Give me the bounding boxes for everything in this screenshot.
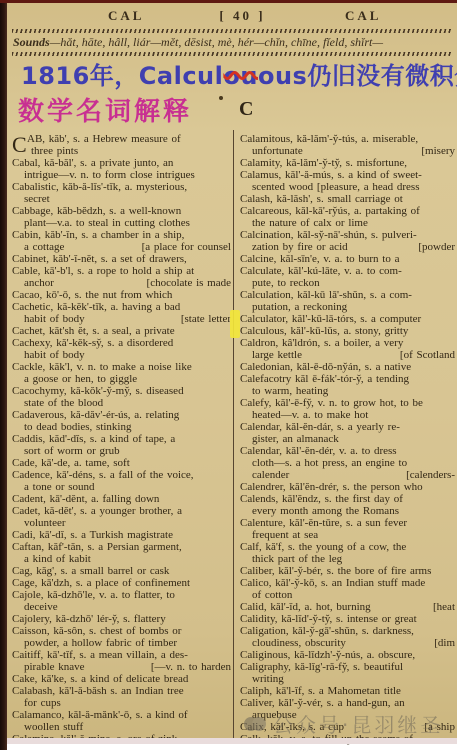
dictionary-entry: Caldron, kâ'ldrón, s. a boiler, a veryla…	[240, 337, 455, 361]
entry-line: Calamitous, kă-lăm'-y̆-tús, a. miserable…	[240, 133, 455, 145]
entry-line: volunteer	[12, 517, 231, 529]
dictionary-entry: Calefy, kăl'-ē-fy̆, v. n. to grow hot, t…	[240, 397, 455, 421]
entry-line: to dead bodies, stinking	[12, 421, 231, 433]
dictionary-entry: Calash, kă-lăsh', s. small carriage ot	[240, 193, 455, 205]
entry-line: Calamus, kăl'-ă-mús, s. a kind of sweet-	[240, 169, 455, 181]
entry-line: Cadi, kā'-dĭ, s. a Turkish magistrate	[12, 529, 231, 541]
catchword: [dim	[434, 637, 455, 649]
entry-line: Calcareous, kăl-kā'-ry̆ús, a. partaking …	[240, 205, 455, 217]
entry-line: powder, a hollow fabric of timber	[12, 637, 231, 649]
watermark-circles-icon	[244, 716, 268, 732]
dictionary-entry: Cachet, kăt'sh ĕt, s. a seal, a private	[12, 325, 231, 337]
dictionary-entry: Calid, kăl'-ĭd, a. hot, burning[heat	[240, 601, 455, 613]
dictionary-entry: Cacochymy, kă-kŏk'-y̆-my̆, s. diseasedst…	[12, 385, 231, 409]
photo-top-edge	[0, 0, 457, 3]
entry-line: a cottage[a place for counsel	[12, 241, 231, 253]
catchword: [a place for counsel	[142, 241, 231, 253]
entry-line: Caliph, kā'l-ĭf, s. a Mahometan title	[240, 685, 455, 697]
dictionary-entry: Cadence, kā'-déns, s. a fall of the voic…	[12, 469, 231, 493]
catchword: [chocolate is made	[147, 277, 231, 289]
entry-line: of cotton	[240, 589, 455, 601]
entry-line: state of the blood	[12, 397, 231, 409]
dictionary-entry: Calculate, kăl'-kú-lāte, v. a. to com-pu…	[240, 265, 455, 289]
dictionary-entry: Caddis, kăd'-dĭs, s. a kind of tape, aso…	[12, 433, 231, 457]
entry-line: AB, kăb', s. a Hebrew measure of	[12, 133, 231, 145]
entry-line: Cake, kā'ke, s. a kind of delicate bread	[12, 673, 231, 685]
entry-line: Cacao, kō'-ō, s. the nut from which	[12, 289, 231, 301]
dictionary-entry: Cachetic, kă-kĕk'-tĭk, a. having a badha…	[12, 301, 231, 325]
dictionary-entry: Calabash, kă'l-ă-băsh s. an Indian treef…	[12, 685, 231, 709]
entry-line: Calculator, kăl'-kū-lā-tórs, s. a comput…	[240, 313, 455, 325]
annotation-suffix: ous仍旧没有微积分	[258, 62, 457, 90]
catchword: [misery	[421, 145, 455, 157]
entry-line: Cackle, kăk'l, v. n. to make a noise lik…	[12, 361, 231, 373]
entry-line: Caliber, kăl'-y̆-bér, s. the bore of fir…	[240, 565, 455, 577]
entry-line: Caliver, kăl'-y̆-vér, s. a hand-gun, an	[240, 697, 455, 709]
entry-line: Cadent, kā'-dĕnt, a. falling down	[12, 493, 231, 505]
dictionary-entry: Caligraphy, kă-lĭg'-ră-fy̆, s. beautiful…	[240, 661, 455, 685]
entry-line: frequent at sea	[240, 529, 455, 541]
dictionary-entry: Caliph, kā'l-ĭf, s. a Mahometan title	[240, 685, 455, 697]
entry-line: Calabash, kă'l-ă-băsh s. an Indian tree	[12, 685, 231, 697]
dictionary-entry: Cadent, kā'-dĕnt, a. falling down	[12, 493, 231, 505]
entry-line: Calculate, kăl'-kú-lāte, v. a. to com-	[240, 265, 455, 277]
dictionary-entry: Calidity, kă-lĭd'-y̆-ty̆, s. intense or …	[240, 613, 455, 625]
entry-line: Cachexy, kă'-kĕk-sy̆, s. a disordered	[12, 337, 231, 349]
dictionary-entry: Calculous, kăl'-kū-lŭs, a. stony, gritty	[240, 325, 455, 337]
entry-line: unfortunate[misery	[240, 145, 455, 157]
entry-line: calender[calenders-	[240, 469, 455, 481]
dictionary-entry: Calendrer, kăl'ĕn-drér, s. the person wh…	[240, 481, 455, 493]
entry-line: a kind of kabit	[12, 553, 231, 565]
watermark: 公众号·昆羽继圣	[244, 709, 443, 738]
entry-line: secret	[12, 193, 231, 205]
entry-line: for cups	[12, 697, 231, 709]
entry-line: plant—v.a. to steal in cutting clothes	[12, 217, 231, 229]
dictionary-entry: Cag, kăg', s. a small barrel or cask	[12, 565, 231, 577]
entry-line: Caftan, kăf'-tăn, s. a Persian garment,	[12, 541, 231, 553]
entry-line: Calendar, kăl-ĕn-dár, s. a yearly re-	[240, 421, 455, 433]
entry-line: Calenture, kăl'-ĕn-tūre, s. a sun fever	[240, 517, 455, 529]
entry-line: to warm, heating	[240, 385, 455, 397]
column-divider	[233, 130, 234, 744]
entry-line: pirable knave[—v. n. to harden	[12, 661, 231, 673]
annotation-blue-text: 1816年，Calculouous仍旧没有微积分	[21, 56, 457, 91]
entry-line: Cabbage, kăb-bĕdzh, s. a well-known	[12, 205, 231, 217]
entry-line: Caligraphy, kă-lĭg'-ră-fy̆, s. beautiful	[240, 661, 455, 673]
dictionary-entry: Calcination, kăl-sy̆-nā'-shún, s. pulver…	[240, 229, 455, 253]
dictionary-entry: Calico, kăl'-y̆-kō, s. an Indian stuff m…	[240, 577, 455, 601]
entry-line: anchor[chocolate is made	[12, 277, 231, 289]
entry-line: heated—v. a. to make hot	[240, 409, 455, 421]
dictionary-entry: Cadi, kā'-dĭ, s. a Turkish magistrate	[12, 529, 231, 541]
entry-line: thick part of the leg	[240, 553, 455, 565]
dictionary-entry: Calenture, kăl'-ĕn-tūre, s. a sun feverf…	[240, 517, 455, 541]
entry-line: Calico, kăl'-y̆-kō, s. an Indian stuff m…	[240, 577, 455, 589]
entry-line: every month among the Romans	[240, 505, 455, 517]
entry-line: woollen stuff	[12, 721, 231, 733]
dictionary-entry: Cacao, kō'-ō, s. the nut from which	[12, 289, 231, 301]
entry-line: Cadence, kā'-déns, s. a fall of the voic…	[12, 469, 231, 481]
entry-line: Calefacotry kăl ē-fák'-tór-y̆, a tending	[240, 373, 455, 385]
dictionary-entry: Calamitous, kă-lăm'-y̆-tús, a. miserable…	[240, 133, 455, 157]
dictionary-entry: Cabin, kăb'-ĭn, s. a chamber in a ship,a…	[12, 229, 231, 253]
catchword: [powder	[418, 241, 455, 253]
entry-line: intrigue—v. n. to form close intrigues	[12, 169, 231, 181]
dictionary-entry: Cadaverous, kă-dăv'-ér-ús, a. relatingto…	[12, 409, 231, 433]
entry-line: Caisson, kă-sôn, s. chest of bombs or	[12, 625, 231, 637]
entry-line: putation, a reckoning	[240, 301, 455, 313]
dictionary-entry: Cajolery, kă-dzhō' lér-y̆, s. flattery	[12, 613, 231, 625]
dictionary-entry: Calefacotry kăl ē-fák'-tór-y̆, a tending…	[240, 373, 455, 397]
entry-line: Cadaverous, kă-dăv'-ér-ús, a. relating	[12, 409, 231, 421]
entry-line: zation by fire or acid[powder	[240, 241, 455, 253]
dictionary-entry: Calculation, kăl-kū lā'-shŭn, s. a com-p…	[240, 289, 455, 313]
entry-line: pute, to reckon	[240, 277, 455, 289]
dictionary-entry: Calculator, kăl'-kū-lā-tórs, s. a comput…	[240, 313, 455, 325]
dictionary-entry: Caligation, kăl-y̆-gā'-shŭn, s. darkness…	[240, 625, 455, 649]
entry-line: Calamity, kă-lăm'-y̆-ty̆, s. misfortune,	[240, 157, 455, 169]
entry-line: Cage, kā'dzh, s. a place of confinement	[12, 577, 231, 589]
drop-cap: C	[12, 133, 27, 156]
column-right: Calamitous, kă-lăm'-y̆-tús, a. miserable…	[240, 133, 455, 745]
dictionary-entry: Calendar, kăl'-ĕn-dér, v. a. to dressclo…	[240, 445, 455, 481]
entry-line: Cabin, kăb'-ĭn, s. a chamber in a ship,	[12, 229, 231, 241]
entry-line: a goose or hen, to giggle	[12, 373, 231, 385]
catchword: [of Scotland	[400, 349, 455, 361]
dictionary-entry: Cajole, kă-dzhō'le, v. a. to flatter, to…	[12, 589, 231, 613]
dictionary-entry: Cabalistic, kăb-ă-lĭs'-tĭk, a. mysteriou…	[12, 181, 231, 205]
section-letter-heading: C	[239, 98, 253, 121]
entry-line: Caliginous, kă-lĭdzh'-y̆-nús, a. obscure…	[240, 649, 455, 661]
entry-line: Cajolery, kă-dzhō' lér-y̆, s. flattery	[12, 613, 231, 625]
dictionary-entry: Calendar, kăl-ĕn-dár, s. a yearly re-gis…	[240, 421, 455, 445]
entry-line: three pints	[12, 145, 231, 157]
dictionary-entry: Caliber, kăl'-y̆-bér, s. the bore of fir…	[240, 565, 455, 577]
photo-bottom-strip	[0, 738, 457, 744]
entry-line: deceive	[12, 601, 231, 613]
entry-line: Calid, kăl'-ĭd, a. hot, burning[heat	[240, 601, 455, 613]
entry-line: Caitiff, kā'-tĭf, s. a mean villain, a d…	[12, 649, 231, 661]
entry-line: Calendrer, kăl'ĕn-drér, s. the person wh…	[240, 481, 455, 493]
dictionary-entry: Cable, kā'-b'l, s. a rope to hold a ship…	[12, 265, 231, 289]
entry-line: writing	[240, 673, 455, 685]
running-head-right: CAL	[345, 8, 381, 24]
entry-line: a tone or sound	[12, 481, 231, 493]
dictionary-entry: Calamanco, kăl-ă-mănk'-ō, s. a kind ofwo…	[12, 709, 231, 733]
catchword: [—v. n. to harden	[151, 661, 231, 673]
entry-line: Caldron, kâ'ldrón, s. a boiler, a very	[240, 337, 455, 349]
watermark-text: 公众号·昆羽继圣	[273, 709, 443, 738]
entry-line: Calendar, kăl'-ĕn-dér, v. a. to dress	[240, 445, 455, 457]
entry-line: Calamanco, kăl-ă-mănk'-ō, s. a kind of	[12, 709, 231, 721]
entry-line: Cachet, kăt'sh ĕt, s. a seal, a private	[12, 325, 231, 337]
entry-line: sort of worm or grub	[12, 445, 231, 457]
entry-line: Calculation, kăl-kū lā'-shŭn, s. a com-	[240, 289, 455, 301]
page-number: [ 40 ]	[14, 8, 457, 24]
entry-line: gister, an almanack	[240, 433, 455, 445]
entry-line: Calf, kă'f, s. the young of a cow, the	[240, 541, 455, 553]
dictionary-page-scan: CAL [ 40 ] CAL Sounds—hăt, hāte, hâll, l…	[0, 0, 457, 744]
dictionary-entry: Calamus, kăl'-ă-mús, s. a kind of sweet-…	[240, 169, 455, 193]
dictionary-entry: Cabbage, kăb-bĕdzh, s. a well-knownplant…	[12, 205, 231, 229]
entry-line: Cacochymy, kă-kŏk'-y̆-my̆, s. diseased	[12, 385, 231, 397]
entry-line: cloth—s. a hot press, an engine to	[240, 457, 455, 469]
sounds-key: —hăt, hāte, hâll, liár—mĕt, dēsist, mè, …	[50, 35, 383, 49]
dictionary-entry: Calends, kăl'ĕndz, s. the first day ofev…	[240, 493, 455, 517]
column-left: CAB, kăb', s. a Hebrew measure ofthree p…	[12, 133, 231, 745]
red-scribble-mark: ou	[223, 62, 258, 90]
entry-line: Calefy, kăl'-ē-fy̆, v. n. to grow hot, t…	[240, 397, 455, 409]
dictionary-entry: Cackle, kăk'l, v. n. to make a noise lik…	[12, 361, 231, 385]
entry-line: Caddis, kăd'-dĭs, s. a kind of tape, a	[12, 433, 231, 445]
catchword: [heat	[433, 601, 455, 613]
entry-line: habit of body[state letter	[12, 313, 231, 325]
dictionary-entry: Caledonian, kăl-ē-dō-ny̆án, s. a native	[240, 361, 455, 373]
dictionary-entry: Caitiff, kā'-tĭf, s. a mean villain, a d…	[12, 649, 231, 673]
entry-line: Calidity, kă-lĭd'-y̆-ty̆, s. intense or …	[240, 613, 455, 625]
entry-line: Cade, kā'-de, a. tame, soft	[12, 457, 231, 469]
entry-line: Calculous, kăl'-kū-lŭs, a. stony, gritty	[240, 325, 455, 337]
entry-line: scented wood [pleasure, a head dress	[240, 181, 455, 193]
entry-line: the nature of calx or lime	[240, 217, 455, 229]
dictionary-entry: Cachexy, kă'-kĕk-sy̆, s. a disorderedhab…	[12, 337, 231, 361]
dictionary-entry: Cabinet, kăb'-ĭ-nĕt, s. a set of drawers…	[12, 253, 231, 265]
dictionary-entry: Cadet, kă-dĕt', s. a younger brother, av…	[12, 505, 231, 529]
dictionary-entry: Calcine, kăl-sīn'e, v. a. to burn to a	[240, 253, 455, 265]
annotation-prefix: 1816年，Calcul	[21, 62, 223, 90]
entry-line: large kettle[of Scotland	[240, 349, 455, 361]
entry-line: Calash, kă-lăsh', s. small carriage ot	[240, 193, 455, 205]
photo-left-edge	[0, 0, 7, 750]
entry-line: Calcination, kăl-sy̆-nā'-shún, s. pulver…	[240, 229, 455, 241]
entry-line: Cachetic, kă-kĕk'-tĭk, a. having a bad	[12, 301, 231, 313]
decorative-rule-top	[12, 29, 452, 33]
dictionary-entry: Calcareous, kăl-kā'-ry̆ús, a. partaking …	[240, 205, 455, 229]
entry-line: Cag, kăg', s. a small barrel or cask	[12, 565, 231, 577]
dictionary-entry: Cage, kā'dzh, s. a place of confinement	[12, 577, 231, 589]
entry-line: Calcine, kăl-sīn'e, v. a. to burn to a	[240, 253, 455, 265]
dictionary-entry: Cake, kā'ke, s. a kind of delicate bread	[12, 673, 231, 685]
dictionary-entry: Cade, kā'-de, a. tame, soft	[12, 457, 231, 469]
ink-speck	[219, 96, 223, 100]
entry-line: Calends, kăl'ĕndz, s. the first day of	[240, 493, 455, 505]
dictionary-entry: Calf, kă'f, s. the young of a cow, theth…	[240, 541, 455, 565]
entry-line: Cable, kā'-b'l, s. a rope to hold a ship…	[12, 265, 231, 277]
entry-line: cloudiness, obscurity[dim	[240, 637, 455, 649]
dictionary-entry: Caisson, kă-sôn, s. chest of bombs orpow…	[12, 625, 231, 649]
catchword: [state letter	[181, 313, 231, 325]
yellow-highlight-marker	[230, 310, 240, 338]
entry-line: Cabalistic, kăb-ă-lĭs'-tĭk, a. mysteriou…	[12, 181, 231, 193]
dictionary-entry: Cabal, kă-băl', s. a private junto, anin…	[12, 157, 231, 181]
dictionary-entry: Caliginous, kă-lĭdzh'-y̆-nús, a. obscure…	[240, 649, 455, 661]
catchword: [calenders-	[406, 469, 455, 481]
entry-line: Caligation, kăl-y̆-gā'-shŭn, s. darkness…	[240, 625, 455, 637]
entry-line: Cadet, kă-dĕt', s. a younger brother, a	[12, 505, 231, 517]
entry-line: Cabal, kă-băl', s. a private junto, an	[12, 157, 231, 169]
sounds-pronunciation-line: Sounds—hăt, hāte, hâll, liár—mĕt, dēsist…	[13, 35, 453, 50]
annotation-magenta-text: 数学名词解释	[18, 91, 192, 128]
entry-line: Cabinet, kăb'-ĭ-nĕt, s. a set of drawers…	[12, 253, 231, 265]
dictionary-entry: Caftan, kăf'-tăn, s. a Persian garment,a…	[12, 541, 231, 565]
entry-line: Cajole, kă-dzhō'le, v. a. to flatter, to	[12, 589, 231, 601]
entry-line: habit of body	[12, 349, 231, 361]
dictionary-entry: CAB, kăb', s. a Hebrew measure ofthree p…	[12, 133, 231, 157]
dictionary-entry: Calamity, kă-lăm'-y̆-ty̆, s. misfortune,	[240, 157, 455, 169]
entry-line: Caledonian, kăl-ē-dō-ny̆án, s. a native	[240, 361, 455, 373]
sounds-label: Sounds	[13, 35, 50, 49]
